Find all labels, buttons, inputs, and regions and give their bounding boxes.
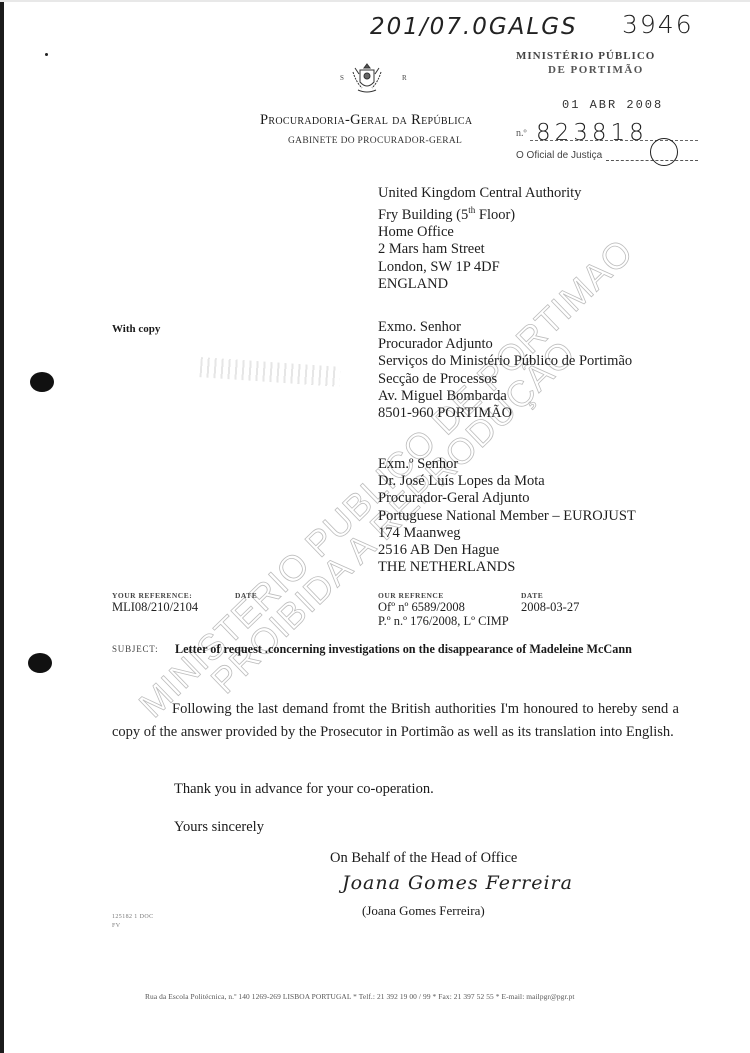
recipient-line: Home Office bbox=[378, 224, 581, 241]
copy-line: Av. Miguel Bombarda bbox=[378, 388, 632, 405]
scan-edge bbox=[0, 0, 4, 1053]
our-reference-line-1: Ofº nº 6589/2008 bbox=[378, 600, 465, 615]
our-date-value: 2008-03-27 bbox=[521, 600, 579, 615]
our-date-label: DATE bbox=[521, 591, 543, 600]
copy-line: Portuguese National Member – EUROJUST bbox=[378, 508, 636, 525]
recipient-line: ENGLAND bbox=[378, 276, 581, 293]
initials-circle-icon bbox=[650, 138, 678, 166]
file-reference-line-2: FV bbox=[112, 922, 153, 931]
organization-name: Procuradoria-Geral da República bbox=[260, 112, 472, 129]
copy-line: 174 Maanweg bbox=[378, 525, 636, 542]
recipient-line: London, SW 1P 4DF bbox=[378, 259, 581, 276]
footer-contact: Rua da Escola Politécnica, n.º 140 1269-… bbox=[145, 992, 575, 1001]
copy-line: Dr. José Luís Lopes da Mota bbox=[378, 473, 636, 490]
copy-recipient-2: Exm.º Senhor Dr. José Luís Lopes da Mota… bbox=[378, 456, 636, 576]
handwritten-process-number: 201/07.0GALGS bbox=[370, 14, 578, 40]
copy-line: THE NETHERLANDS bbox=[378, 559, 636, 576]
body-paragraph-2: Thank you in advance for your co-operati… bbox=[174, 781, 434, 798]
recipient-line: 2 Mars ham Street bbox=[378, 241, 581, 258]
copy-line: 2516 AB Den Hague bbox=[378, 542, 636, 559]
handwritten-folio-number: 3946 bbox=[622, 10, 694, 39]
register-label: n.º bbox=[516, 128, 527, 139]
scan-speck bbox=[45, 53, 48, 56]
department-name: GABINETE DO PROCURADOR-GERAL bbox=[288, 136, 462, 146]
body-paragraph-1: Following the last demand fromt the Brit… bbox=[112, 698, 679, 743]
recipient-address: United Kingdom Central Authority Fry Bui… bbox=[378, 185, 581, 293]
coat-of-arms-icon bbox=[350, 62, 384, 94]
copy-line: Procurador-Geral Adjunto bbox=[378, 490, 636, 507]
copy-line: Secção de Processos bbox=[378, 371, 632, 388]
recipient-line: United Kingdom Central Authority bbox=[378, 185, 581, 202]
body-paragraph-1-text: Following the last demand fromt the Brit… bbox=[112, 701, 679, 740]
copy-line: Serviços do Ministério Público de Portim… bbox=[378, 353, 632, 370]
our-reference-line-2: P.º n.º 176/2008, Lº CIMP bbox=[378, 614, 509, 629]
subject-text: Letter of request .concerning investigat… bbox=[175, 642, 632, 657]
register-number: 823818 bbox=[536, 120, 648, 146]
copy-line: 8501-960 PORTIMÃO bbox=[378, 405, 632, 422]
on-behalf-line: On Behalf of the Head of Office bbox=[330, 850, 517, 867]
coat-of-arms-emblem: S R bbox=[328, 62, 408, 94]
file-reference-line-1: 125182 1 DOC bbox=[112, 913, 153, 922]
copy-recipient-1: Exmo. Senhor Procurador Adjunto Serviços… bbox=[378, 319, 632, 422]
recipient-line: Fry Building (5th Floor) bbox=[378, 202, 581, 224]
copy-line: Exmo. Senhor bbox=[378, 319, 632, 336]
our-reference-label: OUR REFRENCE bbox=[378, 591, 444, 600]
your-reference-value: MLI08/210/2104 bbox=[112, 600, 198, 615]
copy-line: Exm.º Senhor bbox=[378, 456, 636, 473]
signatory-name: (Joana Gomes Ferreira) bbox=[362, 903, 485, 919]
emblem-letter-right: R bbox=[402, 74, 407, 82]
oficial-label: O Oficial de Justiça bbox=[516, 150, 602, 161]
file-reference: 125182 1 DOC FV bbox=[112, 913, 153, 931]
closing: Yours sincerely bbox=[174, 819, 264, 836]
emblem-letter-left: S bbox=[340, 74, 344, 82]
date-stamp: 01 ABR 2008 bbox=[562, 98, 663, 112]
stamp-line-1: MINISTÉRIO PÚBLICO bbox=[516, 50, 655, 62]
scan-top-edge bbox=[0, 0, 750, 2]
with-copy-label: With copy bbox=[112, 323, 160, 335]
your-date-label: DATE bbox=[235, 591, 257, 600]
scan-smudge bbox=[199, 357, 340, 387]
punch-hole-lower bbox=[28, 653, 52, 673]
stamp-line-2: DE PORTIMÃO bbox=[548, 64, 644, 76]
subject-label: SUBJECT: bbox=[112, 644, 158, 654]
handwritten-signature: Joana Gomes Ferreira bbox=[342, 872, 573, 894]
your-reference-label: YOUR REFERENCE: bbox=[112, 591, 192, 600]
punch-hole-upper bbox=[30, 372, 54, 392]
copy-line: Procurador Adjunto bbox=[378, 336, 632, 353]
